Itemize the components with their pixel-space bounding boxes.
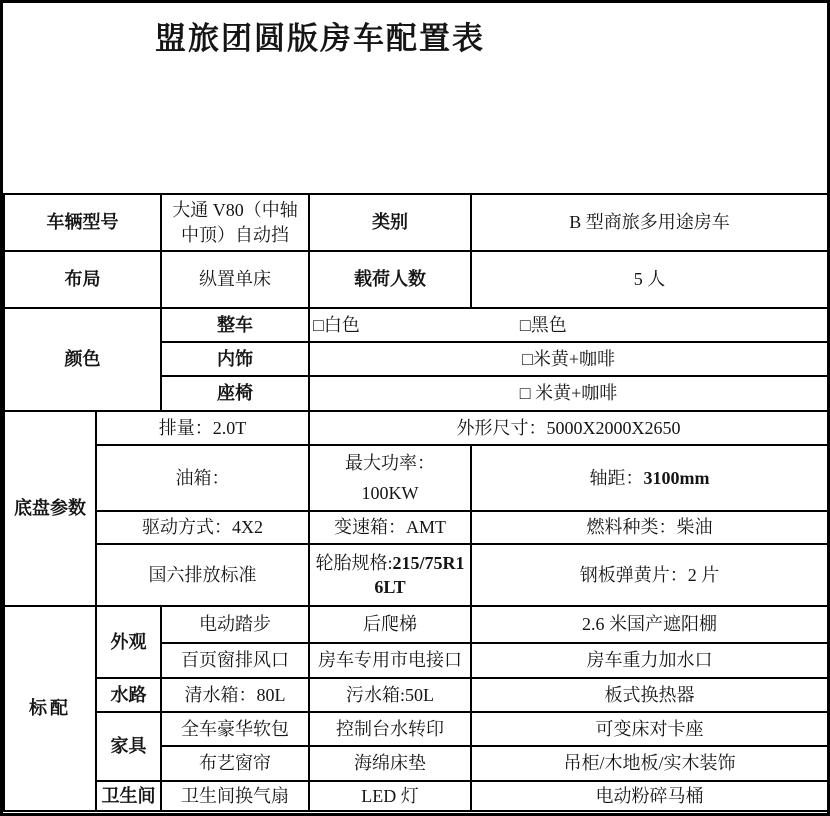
category-label: 类别 [309, 194, 471, 251]
wheelbase-label: 轴距： [590, 468, 644, 488]
checkbox-option-black: □黑色 [520, 313, 567, 337]
leaf-spring-cell: 钢板弹黄片：2 片 [471, 544, 828, 606]
tire-spec-cell: 轮胎规格:215/75R16LT [309, 544, 471, 606]
title-area: 盟旅团圆版房车配置表 [3, 3, 827, 193]
page-title: 盟旅团圆版房车配置表 [155, 13, 827, 58]
spec-table: 车辆型号 大通 V80（中轴中顶）自动挡 类别 B 型商旅多用途房车 布局 纵置… [3, 193, 829, 812]
group-furniture-label: 家具 [96, 712, 161, 781]
item-convertible-dinette: 可变床对卡座 [471, 712, 828, 746]
item-rear-ladder: 后爬梯 [309, 606, 471, 643]
item-fresh-tank: 清水箱：80L [161, 678, 309, 712]
item-electric-step: 电动踏步 [161, 606, 309, 643]
row-color-body: 颜色 整车 □白色 □黑色 [4, 308, 828, 342]
max-power-value: 100KW [313, 478, 467, 508]
fuel-type-cell: 燃料种类：柴油 [471, 511, 828, 544]
fuel-tank-cell: 油箱： [96, 445, 309, 511]
color-interior-label: 内饰 [161, 342, 309, 376]
item-soft-upholstery: 全车豪华软包 [161, 712, 309, 746]
max-power-label: 最大功率： [313, 448, 467, 478]
item-plate-heat-exchanger: 板式换热器 [471, 678, 828, 712]
group-water-label: 水路 [96, 678, 161, 712]
color-body-options: □白色 □黑色 [309, 308, 828, 342]
gearbox-cell: 变速箱：AMT [309, 511, 471, 544]
item-waste-tank: 污水箱:50L [309, 678, 471, 712]
item-louver-vent: 百页窗排风口 [161, 643, 309, 678]
category-value: B 型商旅多用途房车 [471, 194, 828, 251]
row-emission: 国六排放标准 轮胎规格:215/75R16LT 钢板弹黄片：2 片 [4, 544, 828, 606]
row-furniture-1: 家具 全车豪华软包 控制台水转印 可变床对卡座 [4, 712, 828, 746]
row-drive: 驱动方式：4X2 变速箱：AMT 燃料种类：柴油 [4, 511, 828, 544]
color-section-label: 颜色 [4, 308, 161, 411]
capacity-label: 载荷人数 [309, 251, 471, 308]
vehicle-model-value: 大通 V80（中轴中顶）自动挡 [161, 194, 309, 251]
item-console-print: 控制台水转印 [309, 712, 471, 746]
row-water: 水路 清水箱：80L 污水箱:50L 板式换热器 [4, 678, 828, 712]
emission-cell: 国六排放标准 [96, 544, 309, 606]
max-power-cell: 最大功率： 100KW [309, 445, 471, 511]
wheelbase-cell: 轴距：3100mm [471, 445, 828, 511]
row-fuel-tank: 油箱： 最大功率： 100KW 轴距：3100mm [4, 445, 828, 511]
drive-cell: 驱动方式：4X2 [96, 511, 309, 544]
standard-section-label: 标配 [4, 606, 96, 811]
item-awning: 2.6 米国产遮阳棚 [471, 606, 828, 643]
checkbox-option-interior: □米黄+咖啡 [309, 342, 828, 376]
vehicle-model-label: 车辆型号 [4, 194, 161, 251]
group-exterior-label: 外观 [96, 606, 161, 678]
item-gravity-water-inlet: 房车重力加水口 [471, 643, 828, 678]
chassis-section-label: 底盘参数 [4, 411, 96, 606]
spec-sheet: 盟旅团圆版房车配置表 车辆型号 大通 V80（中轴中顶）自动挡 类别 B 型商旅… [0, 0, 830, 816]
dimensions-cell: 外形尺寸：5000X2000X2650 [309, 411, 828, 445]
color-body-label: 整车 [161, 308, 309, 342]
group-bathroom-label: 卫生间 [96, 781, 161, 811]
item-led-light: LED 灯 [309, 781, 471, 811]
capacity-value: 5 人 [471, 251, 828, 308]
displacement-cell: 排量：2.0T [96, 411, 309, 445]
wheelbase-value: 3100mm [644, 468, 710, 488]
item-fabric-curtain: 布艺窗帘 [161, 746, 309, 781]
color-body-options-row: □白色 □黑色 [313, 313, 824, 337]
item-foam-mattress: 海绵床垫 [309, 746, 471, 781]
row-vehicle-model: 车辆型号 大通 V80（中轴中顶）自动挡 类别 B 型商旅多用途房车 [4, 194, 828, 251]
row-bathroom: 卫生间 卫生间换气扇 LED 灯 电动粉碎马桶 [4, 781, 828, 811]
row-exterior-1: 标配 外观 电动踏步 后爬梯 2.6 米国产遮阳棚 [4, 606, 828, 643]
row-displacement: 底盘参数 排量：2.0T 外形尺寸：5000X2000X2650 [4, 411, 828, 445]
row-layout: 布局 纵置单床 载荷人数 5 人 [4, 251, 828, 308]
item-shore-power: 房车专用市电接口 [309, 643, 471, 678]
item-vent-fan: 卫生间换气扇 [161, 781, 309, 811]
checkbox-option-seat: □ 米黄+咖啡 [309, 376, 828, 411]
layout-value: 纵置单床 [161, 251, 309, 308]
item-macerator-toilet: 电动粉碎马桶 [471, 781, 828, 811]
tire-spec-label: 轮胎规格: [315, 553, 392, 573]
layout-label: 布局 [4, 251, 161, 308]
item-cabinet-flooring: 吊柜/木地板/实木装饰 [471, 746, 828, 781]
color-seat-label: 座椅 [161, 376, 309, 411]
checkbox-option-white: □白色 [313, 313, 360, 337]
